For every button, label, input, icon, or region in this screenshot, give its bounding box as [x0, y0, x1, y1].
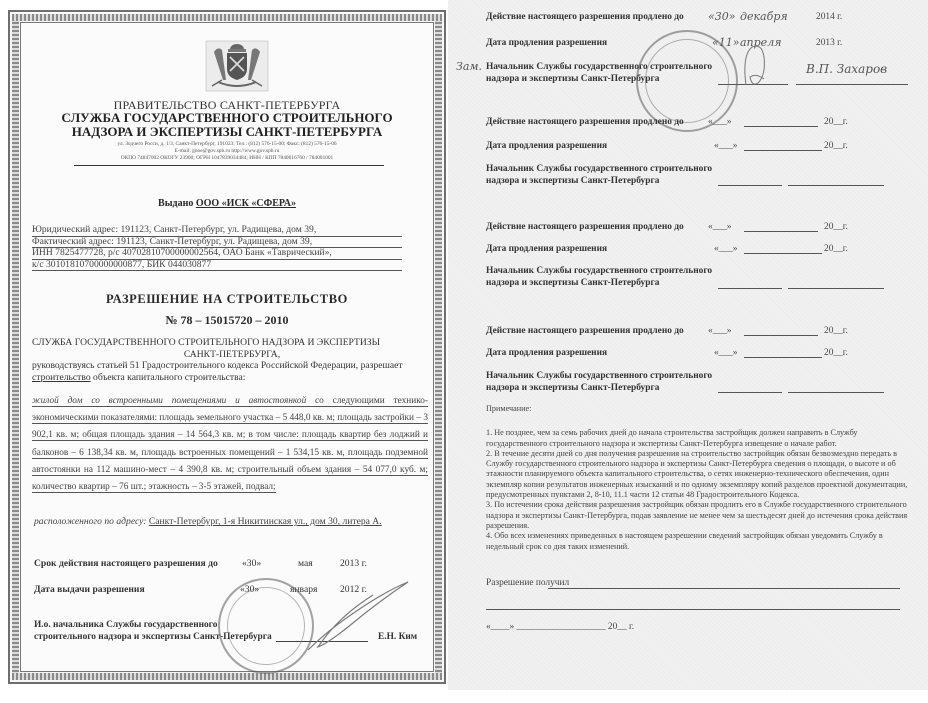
extension-day: «___»: [708, 326, 731, 336]
extension-label: Действие настоящего разрешения продлено …: [486, 117, 684, 127]
chief-name: В.П. Захаров: [806, 62, 887, 76]
preamble-object-rest: объекта капитального строительства:: [91, 372, 246, 383]
extension-day: «___»: [708, 222, 731, 232]
chief-name-line: [788, 288, 884, 289]
chief-title-line2: надзора и экспертизы Санкт-Петербурга: [486, 176, 712, 188]
issue-date-label: Дата выдачи разрешения: [34, 584, 145, 595]
chief-signature-line: [718, 392, 782, 393]
permit-back-page: Действие настоящего разрешения продлено …: [448, 0, 928, 690]
chief-title-line1: Начальник Службы государственного строит…: [486, 371, 712, 383]
contacts-address: ул. Зодчего Росси, д. 1/3, Санкт-Петербу…: [8, 141, 446, 148]
extension-date-row: Дата продления разрешения: [486, 38, 607, 48]
note-item: 4. Обо всех изменениях приведенных в нас…: [486, 531, 916, 552]
preamble-city: САНКТ-ПЕТЕРБУРГА,: [32, 349, 432, 361]
received-by-line: [548, 588, 900, 589]
extension-label: Действие настоящего разрешения продлено …: [486, 12, 684, 22]
extension-date-month-blank: [744, 244, 822, 254]
extension-month-blank: [744, 222, 818, 232]
header-divider: [74, 165, 384, 166]
object-description: жилой дом со встроенными помещениями и а…: [32, 393, 428, 496]
extension-date-month-blank: [744, 348, 822, 358]
contacts-email: E-mail: gnoe@gov.spb.ru http://www.gov.s…: [8, 148, 446, 155]
handwritten-signature-icon: [738, 40, 778, 90]
extension-year: 20__г.: [824, 222, 848, 232]
chief-title-line2: надзора и экспертизы Санкт-Петербурга: [486, 278, 712, 290]
extension-month-blank: [744, 326, 818, 336]
service-contacts: ул. Зодчего Росси, д. 1/3, Санкт-Петербу…: [8, 141, 446, 162]
extension-date-label: Дата продления разрешения: [486, 141, 607, 151]
validity-month: мая: [298, 558, 313, 569]
preamble-object: строительство объекта капитального строи…: [32, 372, 432, 384]
received-by-line-2: [486, 609, 900, 610]
extension-month-blank: [744, 117, 818, 127]
issued-company: ООО «ИСК «СФЕРА»: [196, 198, 296, 209]
legal-address: Юридический адрес: 191123, Санкт-Петербу…: [32, 225, 402, 237]
issued-label: Выдано: [158, 198, 193, 209]
extension-date-month-blank: [744, 141, 822, 151]
extension-chief-title: Начальник Службы государственного строит…: [486, 266, 712, 289]
deputy-prefix: Зам.: [456, 60, 482, 73]
extension-year: 20__г.: [824, 326, 848, 336]
chief-signature-line: [718, 288, 782, 289]
received-by-label: Разрешение получил: [486, 578, 569, 588]
extension-date-year: 20__г.: [824, 244, 848, 254]
validity-year: 2013 г.: [340, 558, 367, 569]
contacts-registry-codes: ОКПО 74847002 ОКОГУ 23900; ОГРН 10478390…: [8, 155, 446, 162]
extension-date-day: «___»: [714, 141, 737, 151]
location-label: расположенного по адресу:: [34, 516, 146, 527]
note-item: 1. Не позднее, чем за семь рабочих дней …: [486, 428, 916, 449]
extension-date-year: 2013 г.: [816, 38, 842, 48]
object-type: жилой дом со встроенными помещениями и а…: [32, 396, 306, 406]
notes-title: Примечание:: [486, 404, 916, 414]
saint-petersburg-coat-of-arms-icon: [204, 40, 270, 92]
issued-to: Выдано ООО «ИСК «СФЕРА»: [8, 198, 446, 209]
extension-date-day: «___»: [714, 348, 737, 358]
extension-row: Действие настоящего разрешения продлено …: [486, 12, 684, 22]
note-item: 3. По истечении срока действия разрешени…: [486, 500, 916, 531]
service-name-line1: СЛУЖБА ГОСУДАРСТВЕННОГО СТРОИТЕЛЬНОГО: [8, 111, 446, 125]
chief-signature-line: [718, 185, 782, 186]
chief-name-line: [796, 84, 908, 85]
chief-title-line1: Начальник Службы государственного строит…: [486, 164, 712, 176]
extension-date-label: Дата продления разрешения: [486, 38, 607, 48]
validity-day: «30»: [242, 558, 261, 569]
extension-label: Действие настоящего разрешения продлено …: [486, 222, 684, 232]
chief-name-line: [788, 392, 884, 393]
extension-date-label: Дата продления разрешения: [486, 348, 607, 358]
permit-preamble: СЛУЖБА ГОСУДАРСТВЕННОГО СТРОИТЕЛЬНОГО НА…: [32, 337, 432, 383]
chief-title-line1: Начальник Службы государственного строит…: [486, 266, 712, 278]
company-details: Юридический адрес: 191123, Санкт-Петербу…: [32, 225, 402, 271]
handwritten-signature-icon: [298, 580, 418, 660]
extension-date-day: «___»: [714, 244, 737, 254]
service-name: СЛУЖБА ГОСУДАРСТВЕННОГО СТРОИТЕЛЬНОГО НА…: [8, 111, 446, 139]
extension-chief-title: Начальник Службы государственного строит…: [486, 164, 712, 187]
extension-date-label: Дата продления разрешения: [486, 244, 607, 254]
permit-title: РАЗРЕШЕНИЕ НА СТРОИТЕЛЬСТВО: [8, 292, 446, 307]
preamble-legal-basis: руководствуясь статьей 51 Градостроитель…: [32, 360, 432, 372]
received-date: «____» ___________________ 20__ г.: [486, 622, 634, 632]
note-item: 2. В течение десяти дней со дня получени…: [486, 449, 916, 500]
service-name-line2: НАДЗОРА И ЭКСПЕРТИЗЫ САНКТ-ПЕТЕРБУРГА: [8, 125, 446, 139]
permit-front-page: ПРАВИТЕЛЬСТВО САНКТ-ПЕТЕРБУРГА СЛУЖБА ГО…: [8, 10, 446, 684]
chief-title-line2: надзора и экспертизы Санкт-Петербурга: [486, 383, 712, 395]
validity-row: Срок действия настоящего разрешения до «…: [34, 558, 218, 569]
extension-year: 2014 г.: [816, 12, 842, 22]
chief-name-line: [788, 185, 884, 186]
issue-date-row: Дата выдачи разрешения «30» января 2012 …: [34, 584, 145, 595]
extension-label: Действие настоящего разрешения продлено …: [486, 326, 684, 336]
object-parameters: со следующими технико-экономическими пок…: [32, 396, 428, 493]
preamble-object-keyword: строительство: [32, 372, 91, 383]
location-address: Санкт-Петербург, 1-я Никитинская ул., до…: [149, 516, 382, 527]
bank-correspondent: к/с 30101810700000000877, БИК 044030877: [32, 260, 402, 272]
extension-chief-title: Начальник Службы государственного строит…: [486, 371, 712, 394]
extension-day: «30»: [708, 10, 735, 23]
preamble-authority: СЛУЖБА ГОСУДАРСТВЕННОГО СТРОИТЕЛЬНОГО НА…: [32, 337, 432, 349]
notes-section: Примечание: 1. Не позднее, чем за семь р…: [486, 404, 916, 552]
extension-date-year: 20__г.: [824, 348, 848, 358]
extension-year: 20__г.: [824, 117, 848, 127]
validity-label: Срок действия настоящего разрешения до: [34, 558, 218, 569]
extension-date-year: 20__г.: [824, 141, 848, 151]
permit-number: № 78 – 15015720 – 2010: [8, 313, 446, 328]
object-location: расположенного по адресу: Санкт-Петербур…: [34, 516, 414, 527]
extension-month: декабря: [740, 10, 788, 23]
extension-day: «___»: [708, 117, 731, 127]
